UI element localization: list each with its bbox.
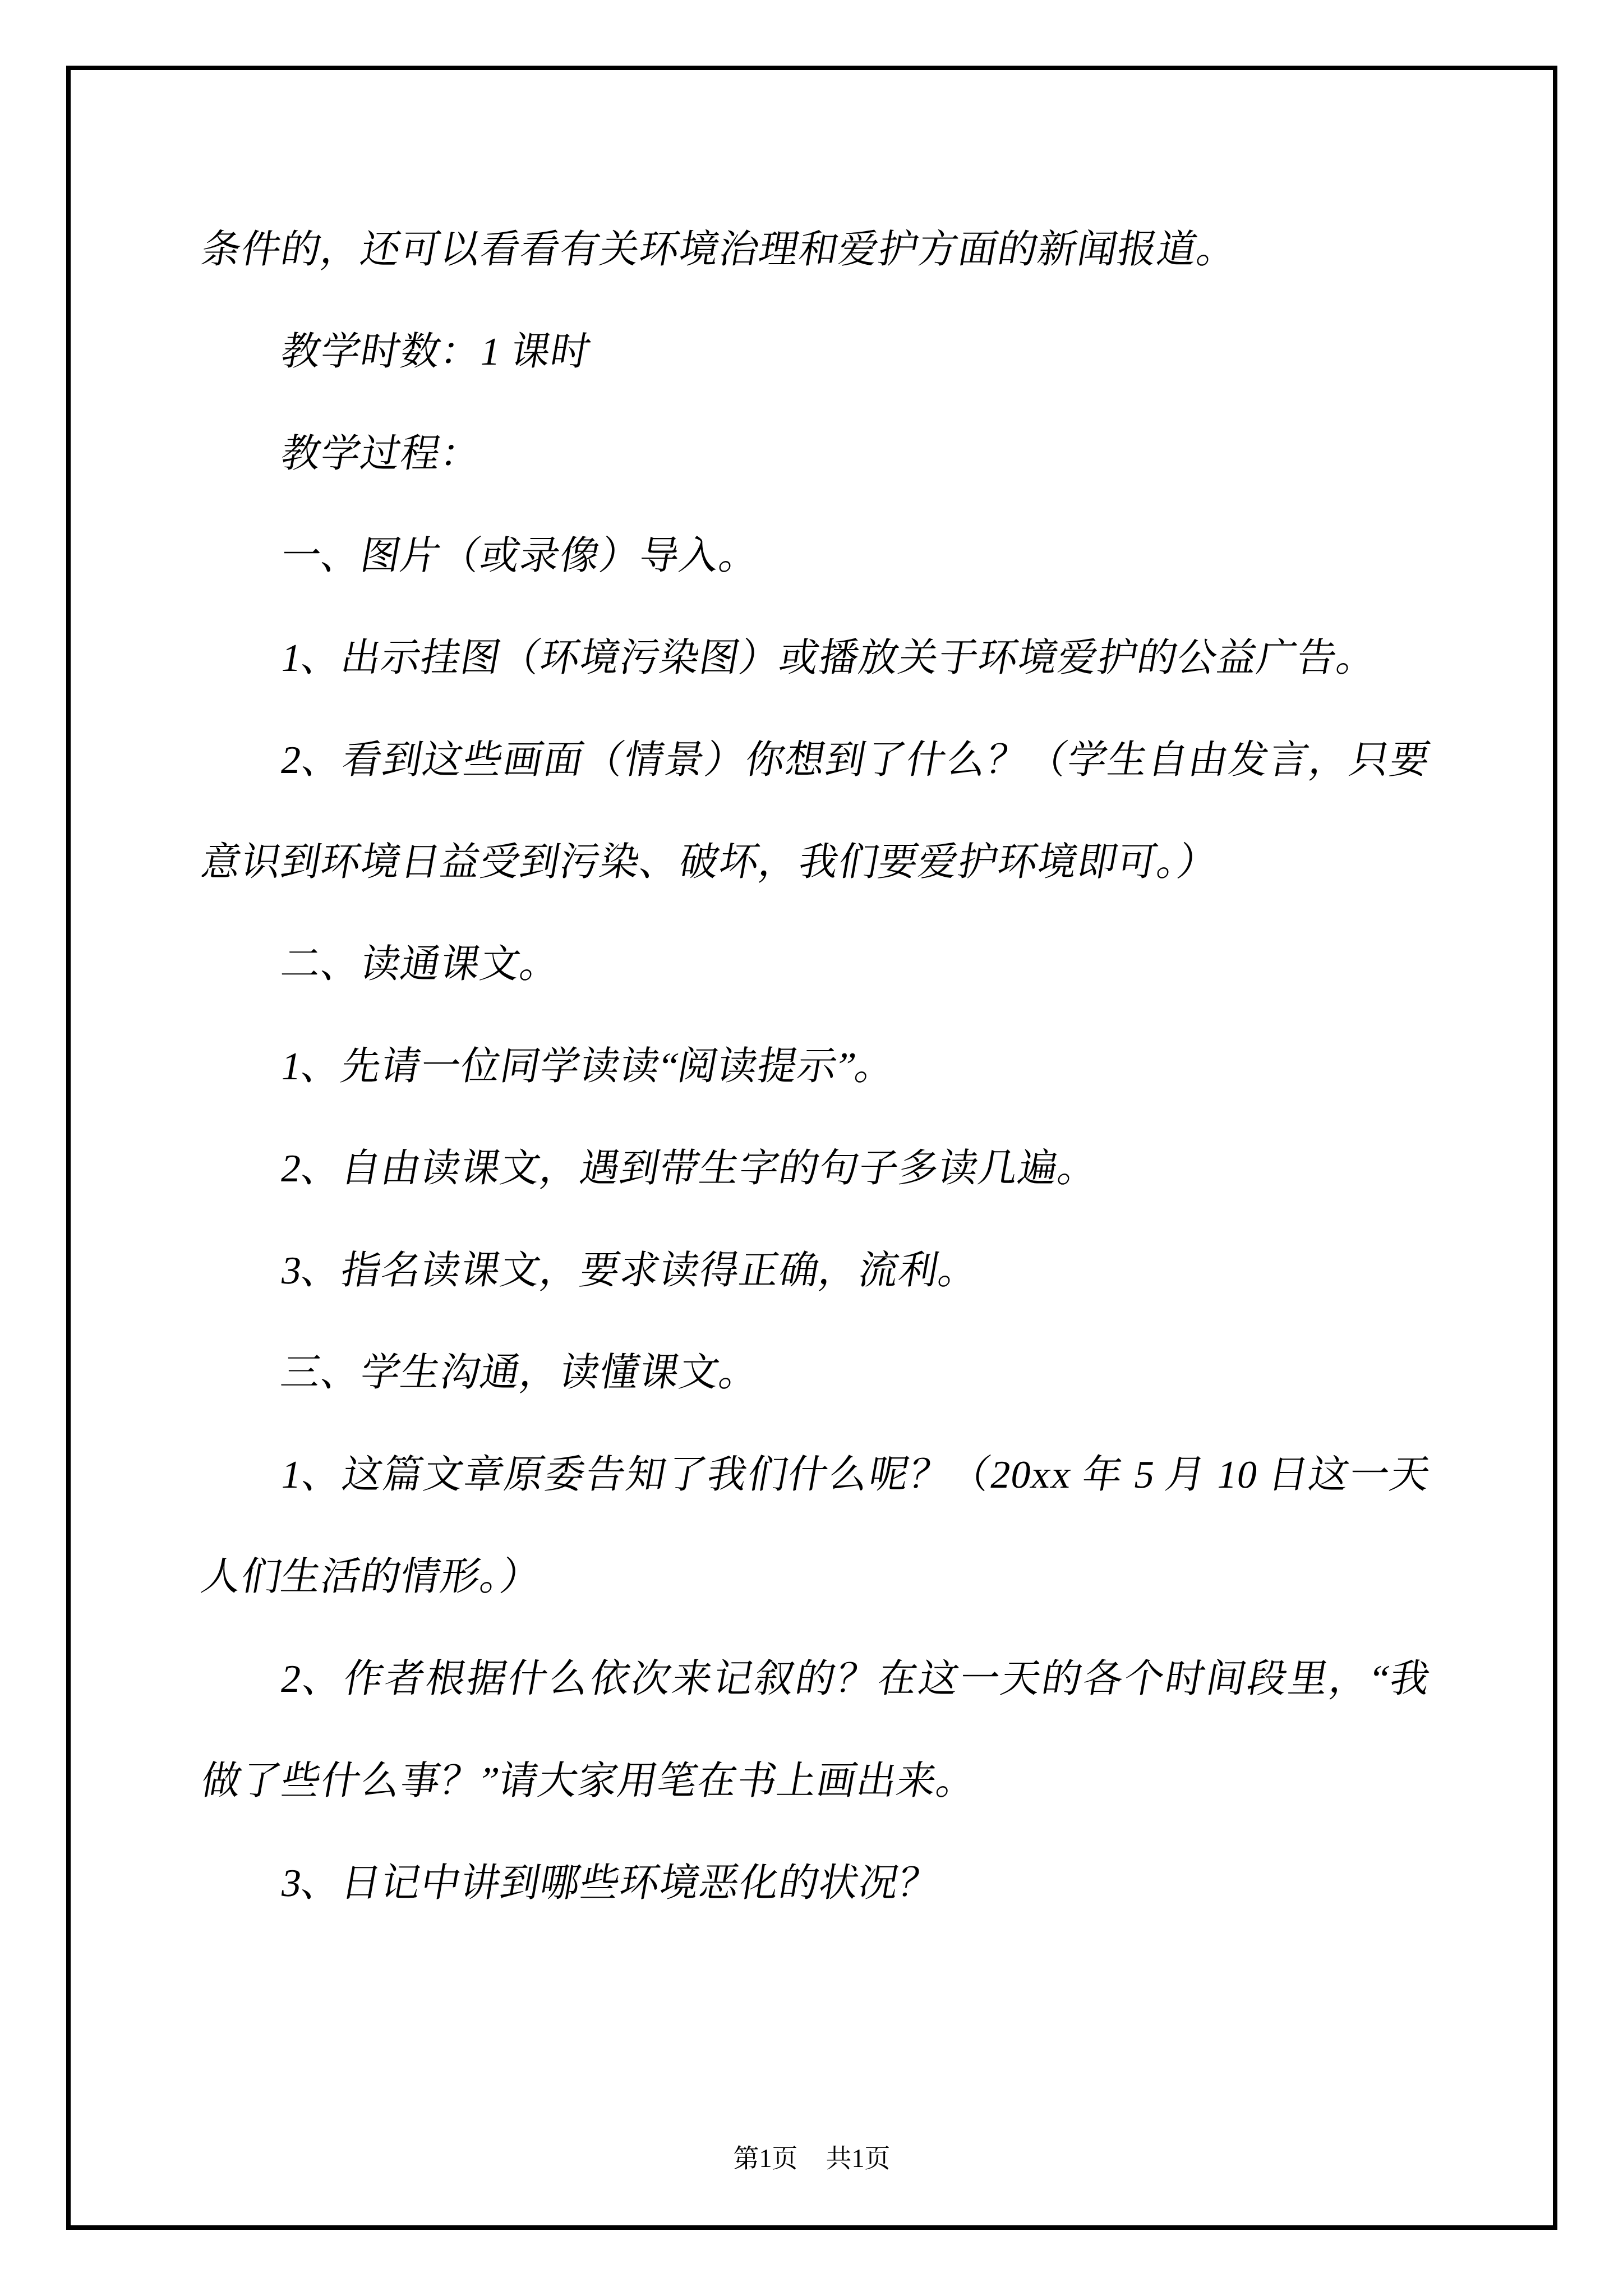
text-line: 1、出示挂图（环境污染图）或播放关于环境爱护的公益广告。 <box>193 608 1439 710</box>
text-line: 做了些什么事？”请大家用笔在书上画出来。 <box>193 1731 1439 1833</box>
page-number-label: 第1页 <box>734 2144 798 2173</box>
text-line: 教学过程： <box>193 403 1439 505</box>
document-body: 条件的，还可以看看有关环境治理和爱护方面的新闻报道。教学时数：1 课时教学过程：… <box>202 199 1430 1935</box>
text-line: 2、作者根据什么依次来记叙的？在这一天的各个时间段里，“我 <box>193 1628 1439 1731</box>
page-total-label: 共1页 <box>826 2144 891 2173</box>
text-line: 教学时数：1 课时 <box>193 301 1439 403</box>
page-footer: 第1页共1页 <box>66 2142 1557 2175</box>
text-line: 二、读通课文。 <box>193 914 1439 1016</box>
text-line: 人们生活的情形。） <box>193 1526 1439 1628</box>
text-line: 2、看到这些画面（情景）你想到了什么？（学生自由发言，只要 <box>193 710 1439 812</box>
text-line: 一、图片（或录像）导入。 <box>193 505 1439 608</box>
text-line: 条件的，还可以看看有关环境治理和爱护方面的新闻报道。 <box>193 199 1439 301</box>
text-line: 三、学生沟通，读懂课文。 <box>193 1322 1439 1424</box>
text-line: 1、这篇文章原委告知了我们什么呢？（20xx 年 5 月 10 日这一天 <box>193 1424 1439 1526</box>
text-line: 2、自由读课文，遇到带生字的句子多读几遍。 <box>193 1118 1439 1220</box>
document-page: { "page": { "background": "#ffffff", "bo… <box>0 0 1623 2296</box>
text-line: 意识到环境日益受到污染、破坏，我们要爱护环境即可。） <box>193 812 1439 914</box>
text-line: 1、先请一位同学读读“阅读提示”。 <box>193 1016 1439 1118</box>
text-line: 3、指名读课文，要求读得正确，流利。 <box>193 1220 1439 1322</box>
text-line: 3、日记中讲到哪些环境恶化的状况？ <box>193 1833 1439 1935</box>
